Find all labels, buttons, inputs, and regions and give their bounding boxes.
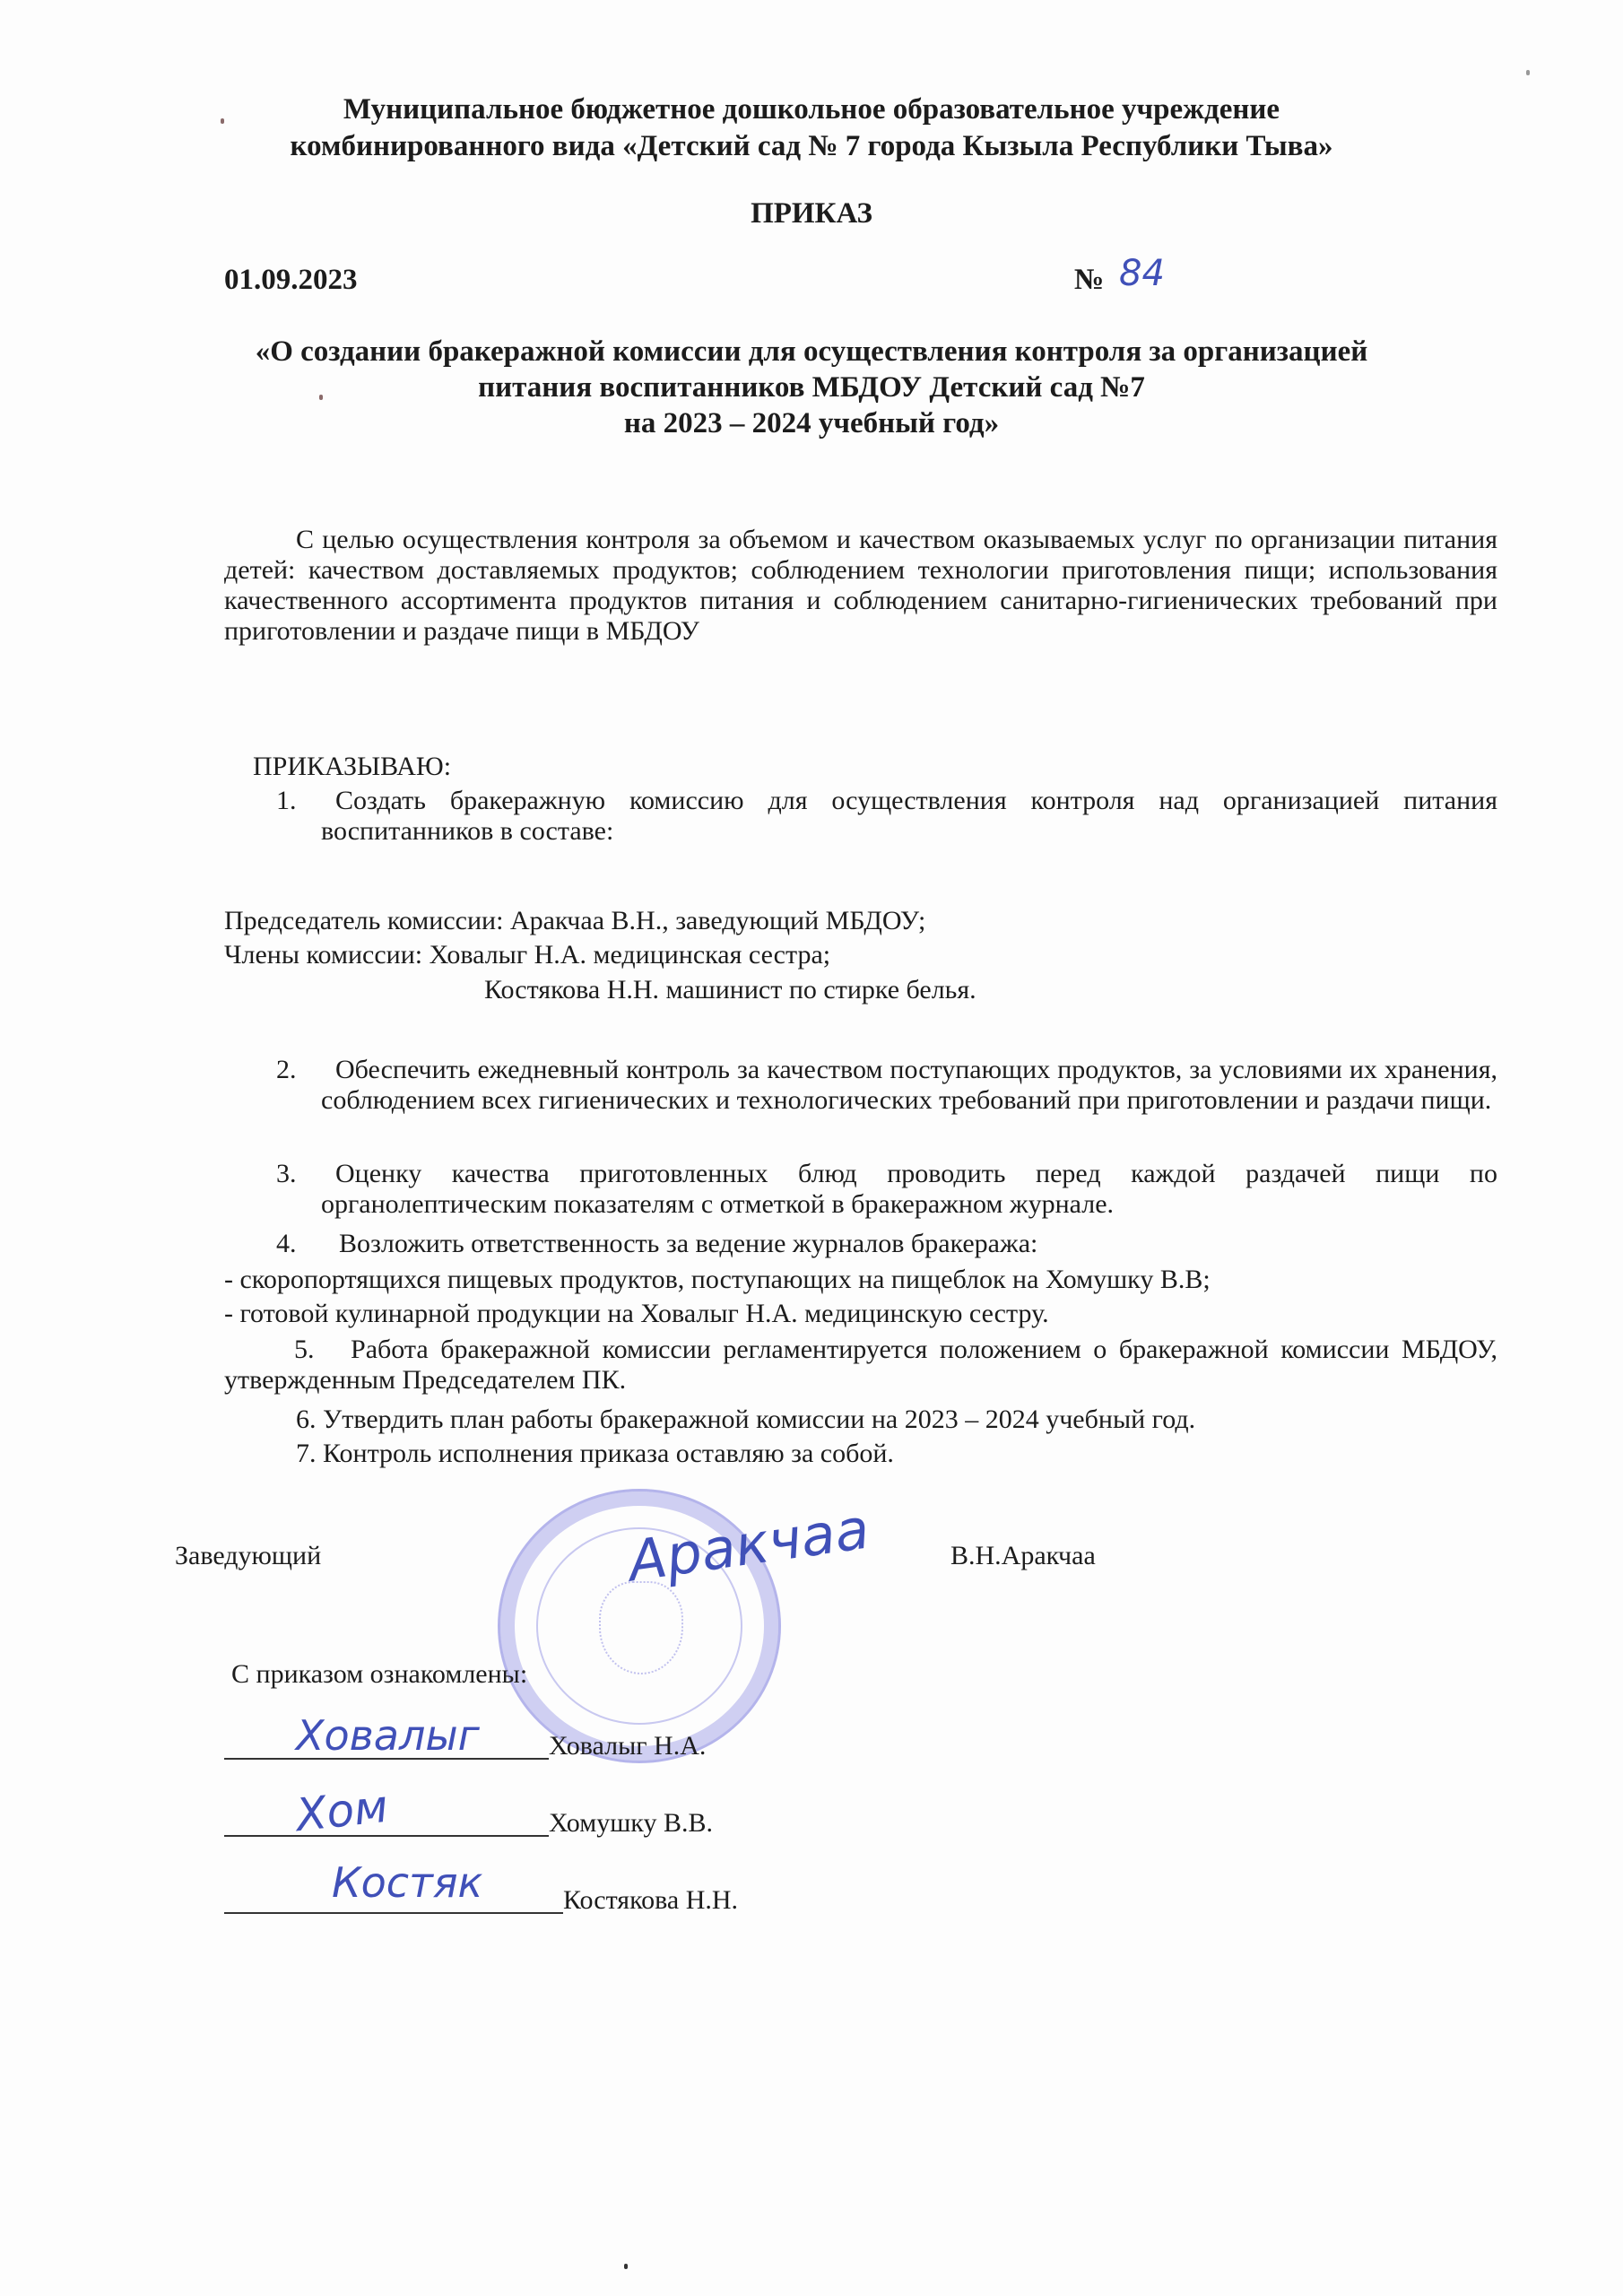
signature-position: Заведующий	[175, 1541, 321, 1571]
item-7-number: 7.	[296, 1439, 317, 1468]
handwritten-signature-2: Хом	[293, 1780, 390, 1841]
item-6-paragraph: 6. Утвердить план работы бракеражной ком…	[296, 1405, 1195, 1435]
order-date: 01.09.2023	[224, 262, 358, 298]
org-name-line2: комбинированного вида «Детский сад № 7 г…	[0, 128, 1623, 164]
acknowledged-name-3: Костякова Н.Н.	[563, 1885, 738, 1916]
acknowledged-name-2: Хомушку В.В.	[549, 1808, 713, 1839]
item-2-number: 2.	[276, 1055, 297, 1085]
order-number-label: №	[1074, 262, 1104, 298]
item-6-text: Утвердить план работы бракеражной комисс…	[323, 1405, 1195, 1434]
item-5-number: 5.	[294, 1335, 315, 1364]
scan-speck	[221, 118, 224, 124]
scan-speck	[1526, 70, 1530, 75]
signature-name: В.Н.Аракчаа	[950, 1541, 1096, 1571]
item-5-text: Работа бракеражной комиссии регламентиру…	[224, 1335, 1497, 1395]
item-3-text: Оценку качества приготовленных блюд пров…	[321, 1159, 1497, 1220]
org-name-line1: Муниципальное бюджетное дошкольное образ…	[0, 91, 1623, 127]
item-3-number: 3.	[276, 1159, 297, 1189]
scan-speck	[319, 395, 323, 400]
order-word: ПРИКАЗЫВАЮ:	[253, 752, 451, 782]
journal-item-2: - готовой кулинарной продукции на Ховалы…	[224, 1299, 1049, 1329]
item-1-number: 1.	[276, 786, 297, 816]
item-6-number: 6.	[296, 1405, 317, 1434]
journal-item-1: - скоропортящихся пищевых продуктов, пос…	[224, 1265, 1211, 1295]
item-2-text: Обеспечить ежедневный контроль за качест…	[321, 1055, 1497, 1116]
commission-members: Члены комиссии: Ховалыг Н.А. медицинская…	[224, 940, 830, 970]
stamp-emblem-icon	[599, 1581, 683, 1674]
handwritten-signature-1: Ховалыг	[296, 1711, 480, 1760]
title-line2: питания воспитанников МБДОУ Детский сад …	[0, 370, 1623, 405]
item-7-text: Контроль исполнения приказа оставляю за …	[323, 1439, 894, 1468]
acknowledged-label: С приказом ознакомлены:	[231, 1659, 527, 1690]
scan-speck	[624, 2264, 628, 2269]
commission-member-2: Костякова Н.Н. машинист по стирке белья.	[484, 975, 976, 1005]
item-4-text: Возложить ответственность за ведение жур…	[339, 1229, 1037, 1259]
preamble-paragraph: С целью осуществления контроля за объемо…	[224, 525, 1497, 647]
item-4-number: 4.	[276, 1229, 297, 1259]
signature-line-3	[224, 1912, 563, 1914]
acknowledged-name-1: Ховалыг Н.А.	[549, 1731, 706, 1761]
order-number-handwritten: 84	[1119, 253, 1165, 294]
item-7-paragraph: 7. Контроль исполнения приказа оставляю …	[296, 1439, 894, 1469]
title-line3: на 2023 – 2024 учебный год»	[0, 405, 1623, 441]
signature-line-2	[224, 1835, 549, 1837]
doc-type-heading: ПРИКАЗ	[0, 196, 1623, 231]
item-5-paragraph: 5. Работа бракеражной комиссии регламент…	[224, 1335, 1497, 1396]
title-line1: «О создании бракеражной комиссии для осу…	[0, 334, 1623, 370]
item-1-text: Создать бракеражную комиссию для осущест…	[321, 786, 1497, 847]
commission-chair: Председатель комиссии: Аракчаа В.Н., зав…	[224, 906, 925, 936]
handwritten-signature-3: Костяк	[332, 1858, 482, 1907]
